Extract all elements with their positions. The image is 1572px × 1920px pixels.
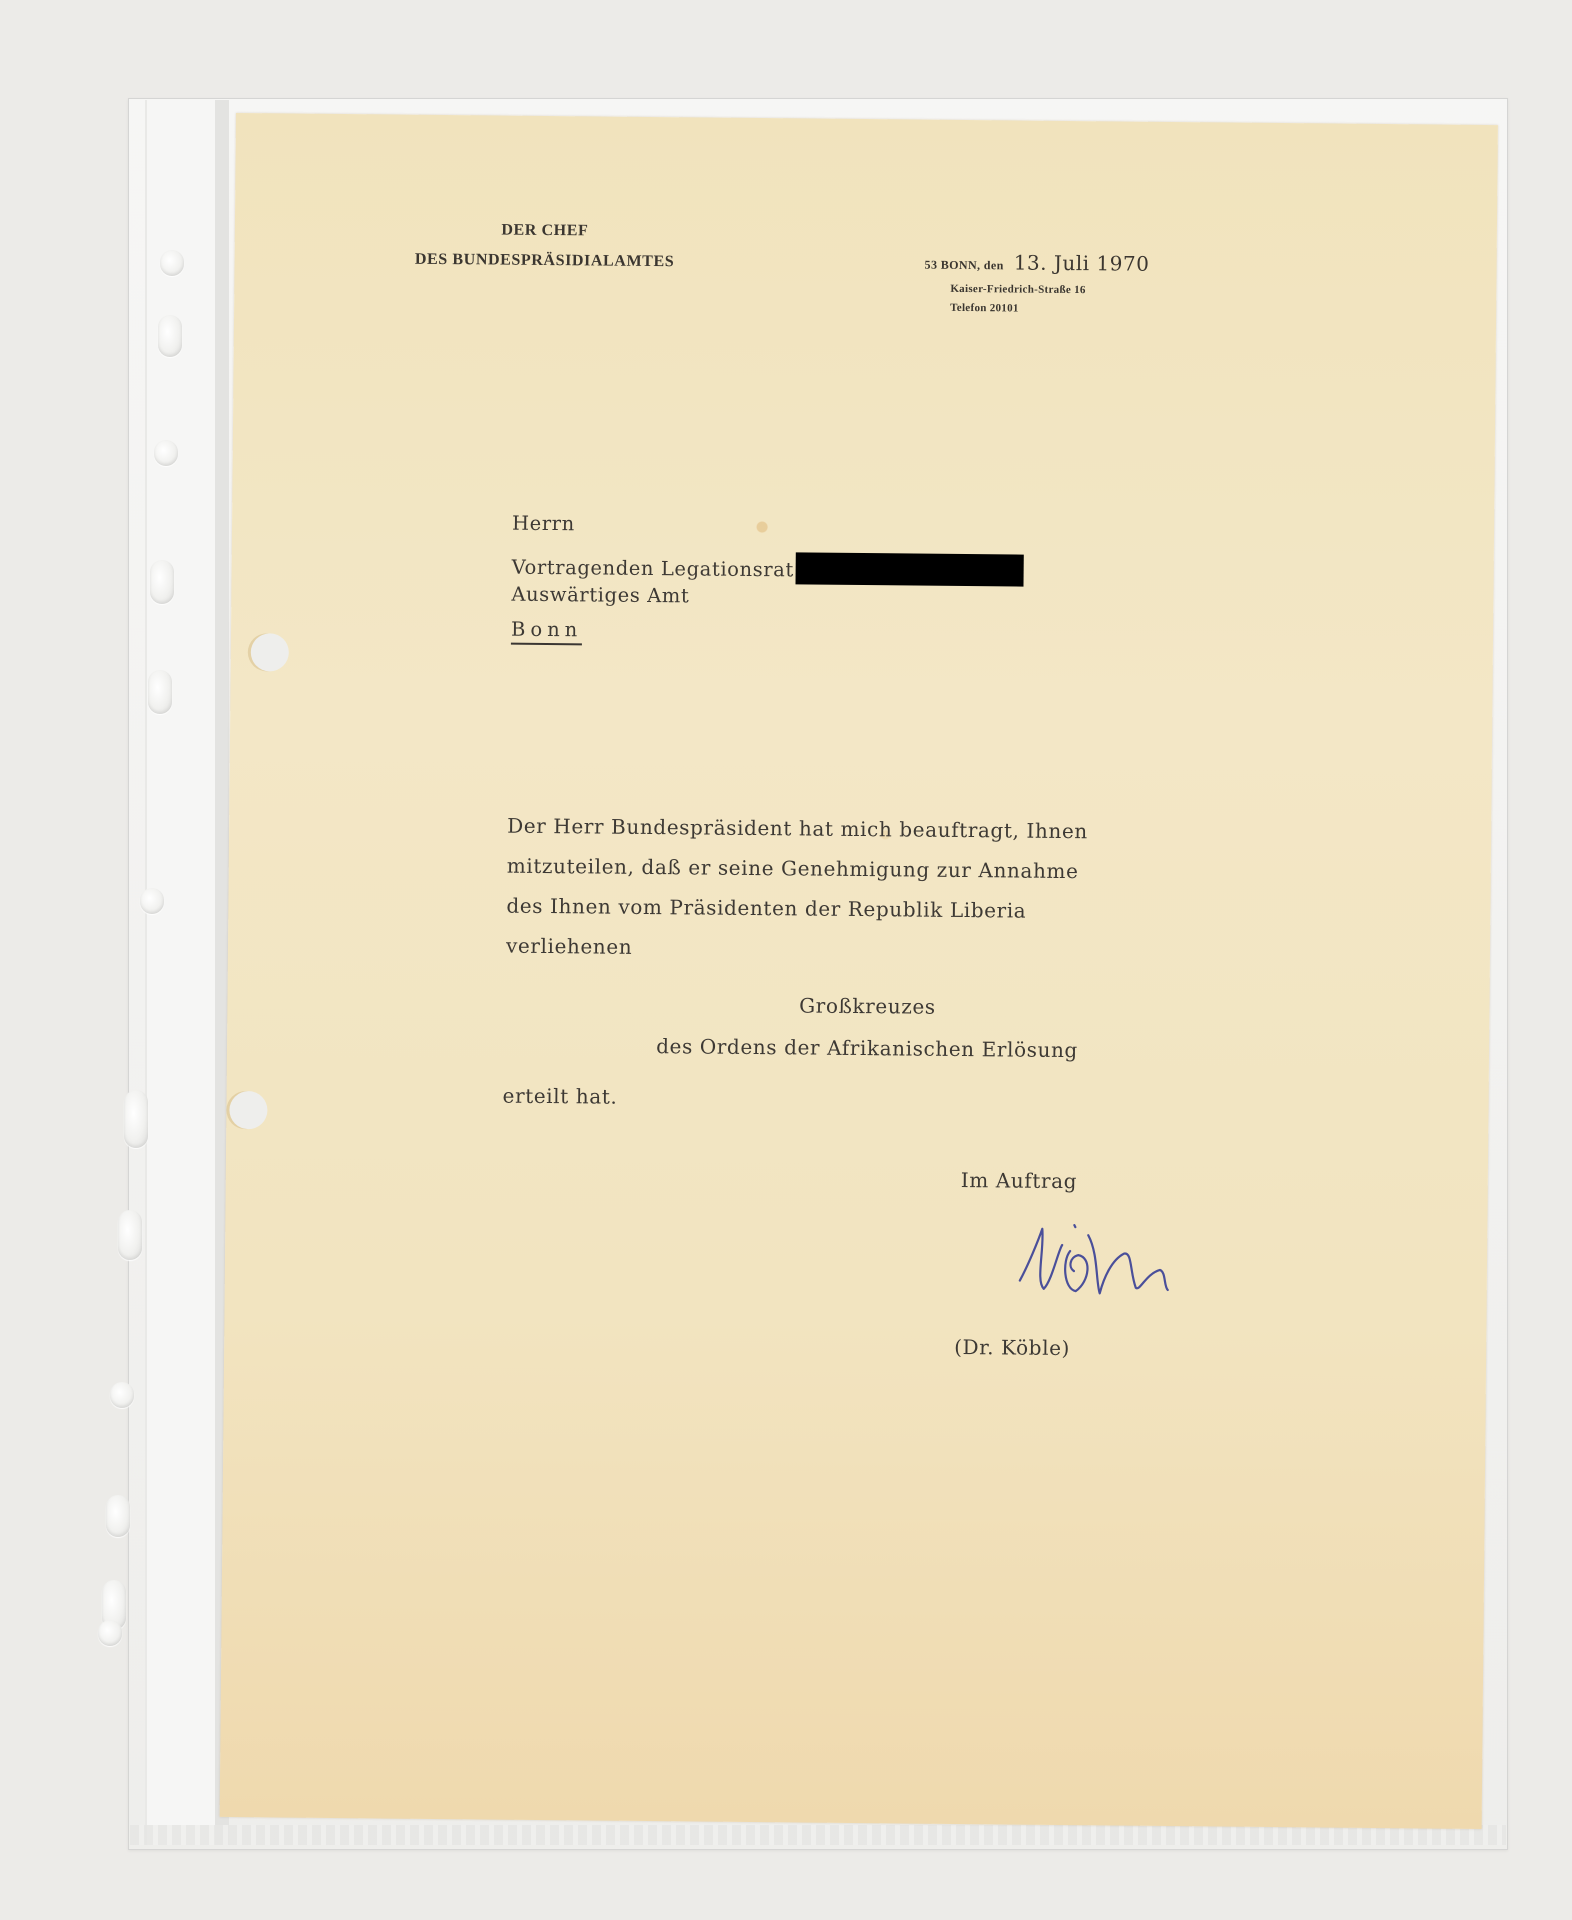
body-line: mitzuteilen, daß er seine Genehmigung zu… bbox=[507, 846, 1088, 892]
body-line: verliehenen bbox=[506, 926, 1087, 972]
recipient-city: Bonn bbox=[511, 617, 582, 646]
punch-hole bbox=[160, 250, 184, 276]
paper-punch-hole bbox=[251, 633, 289, 671]
closing-line: erteilt hat. bbox=[502, 1084, 617, 1109]
letter-body: Der Herr Bundespräsident hat mich beauft… bbox=[506, 806, 1088, 972]
letterhead: DER CHEF DES BUNDESPRÄSIDIALAMTES bbox=[354, 214, 735, 278]
paper-punch-hole bbox=[229, 1091, 267, 1129]
place-and-date: 53 BONN, den13. Juli 1970 bbox=[924, 250, 1149, 276]
recipient-office: Auswärtiges Amt bbox=[511, 582, 1023, 612]
handwritten-signature bbox=[1000, 1210, 1231, 1312]
recipient-title: Vortragenden Legationsrat bbox=[512, 556, 794, 582]
letter-paper: DER CHEF DES BUNDESPRÄSIDIALAMTES 53 BON… bbox=[220, 113, 1498, 1829]
street-address: Kaiser-Friedrich-Straße 16 bbox=[950, 280, 1086, 300]
punch-hole bbox=[154, 440, 178, 466]
award-line: des Ordens der Afrikanischen Erlösung bbox=[507, 1024, 1227, 1073]
body-line: des Ihnen vom Präsidenten der Republik L… bbox=[506, 886, 1087, 932]
signoff: Im Auftrag bbox=[961, 1168, 1078, 1193]
punch-hole bbox=[140, 888, 164, 914]
punch-hole bbox=[148, 670, 172, 714]
punch-hole bbox=[158, 315, 182, 357]
punch-hole bbox=[124, 1090, 148, 1148]
award-name: Großkreuzes des Ordens der Afrikanischen… bbox=[507, 982, 1228, 1073]
letterhead-line-1: DER CHEF bbox=[355, 214, 735, 248]
award-line: Großkreuzes bbox=[507, 982, 1227, 1031]
body-line: Der Herr Bundespräsident hat mich beauft… bbox=[507, 806, 1088, 852]
phone-number: Telefon 20101 bbox=[950, 299, 1086, 319]
redacted-name-bar bbox=[796, 552, 1024, 586]
punch-hole bbox=[150, 560, 174, 604]
punch-hole bbox=[98, 1620, 122, 1646]
place-prefix: 53 BONN, den bbox=[925, 258, 1004, 273]
letter-date: 13. Juli 1970 bbox=[1014, 250, 1150, 275]
punch-hole bbox=[118, 1210, 142, 1260]
punch-hole bbox=[106, 1495, 130, 1537]
punch-hole bbox=[110, 1382, 134, 1408]
signer-name: (Dr. Köble) bbox=[954, 1335, 1070, 1360]
sender-address: Kaiser-Friedrich-Straße 16 Telefon 20101 bbox=[950, 280, 1086, 319]
sheet-protector-punch-strip bbox=[145, 100, 229, 1845]
recipient-block: Herrn Vortragenden Legationsrat Auswärti… bbox=[511, 511, 1025, 650]
letterhead-line-2: DES BUNDESPRÄSIDIALAMTES bbox=[354, 244, 734, 278]
sheet-protector-bottom-seam bbox=[130, 1825, 1506, 1845]
